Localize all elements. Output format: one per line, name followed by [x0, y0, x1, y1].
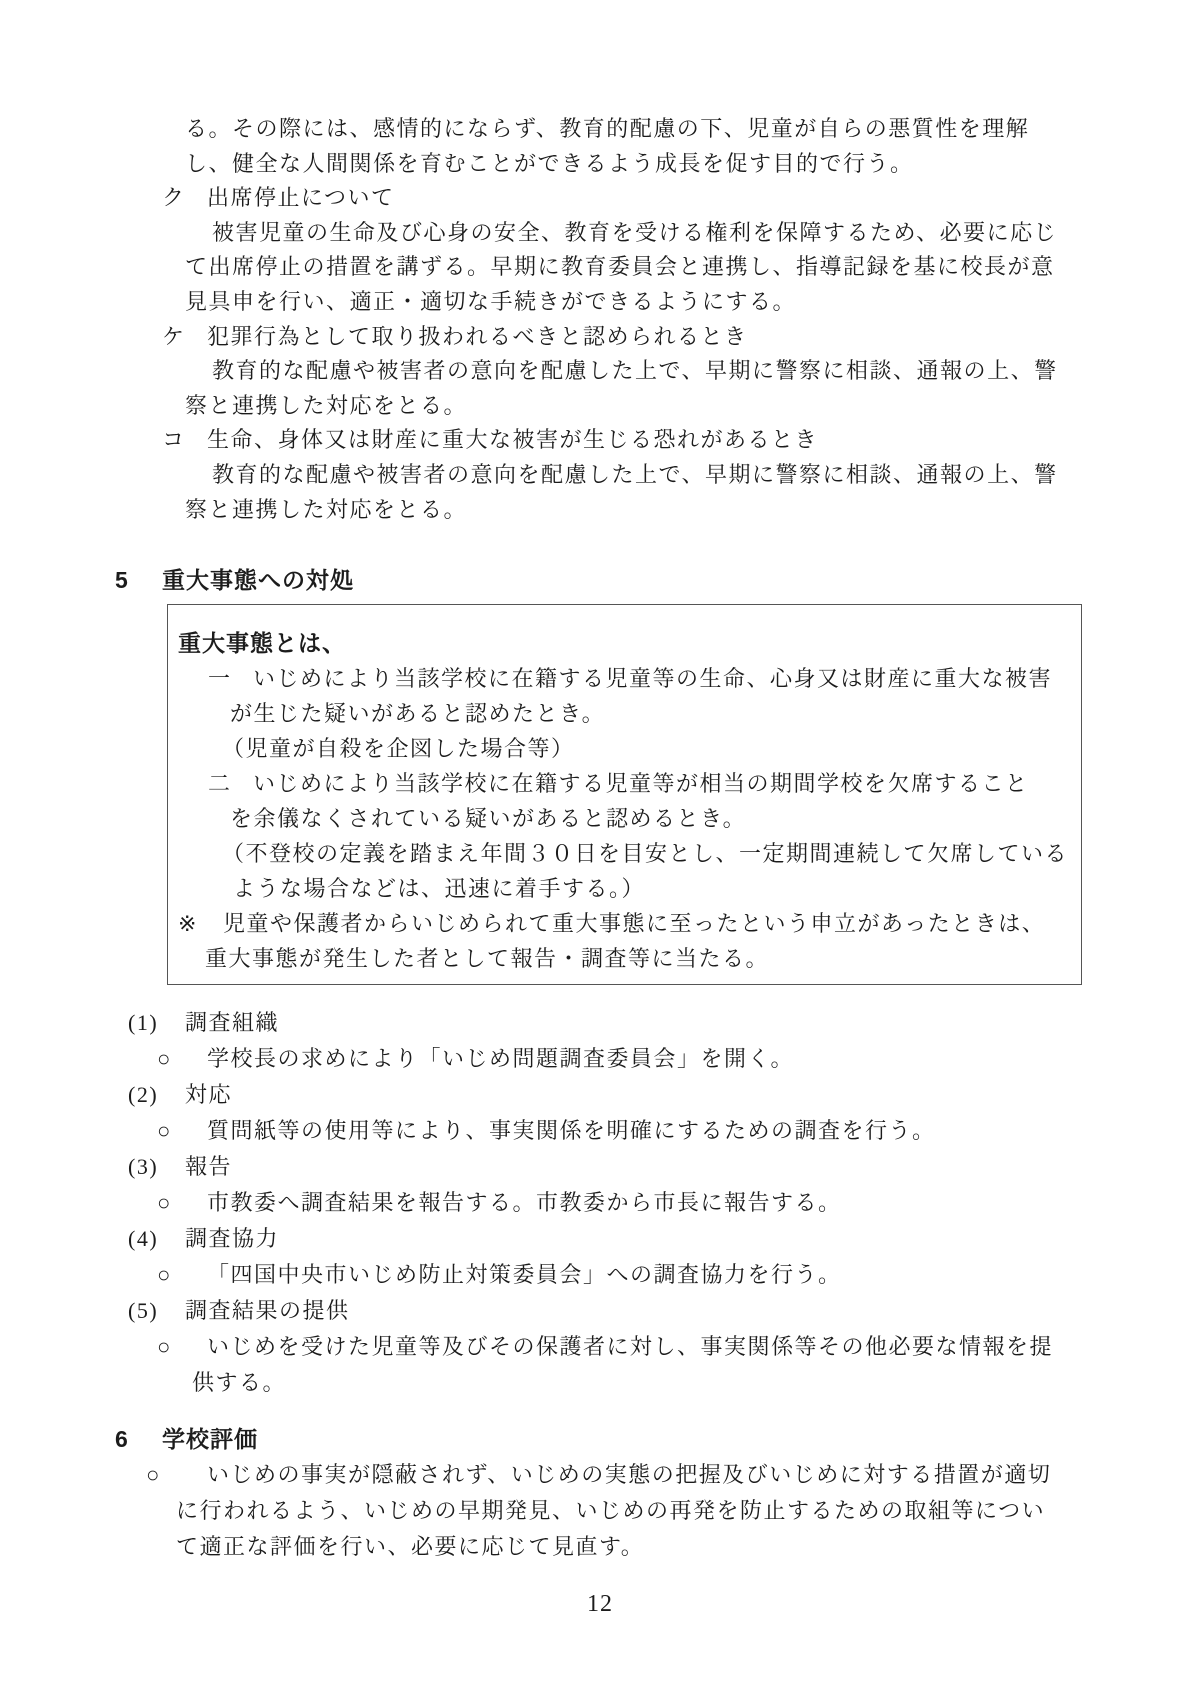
text-line: ような場合などは、迅速に着手する。） — [168, 871, 1081, 906]
step-label: 調査結果の提供 — [185, 1298, 350, 1323]
text-line: いじめにより当該学校に在籍する児童等が相当の期間学校を欠席すること — [253, 771, 1029, 796]
circle-bullet: ○ — [146, 1457, 207, 1493]
section-6-heading: 6学校評価 — [0, 1421, 1200, 1457]
text-line: 「四国中央市いじめ防止対策委員会」への調査協力を行う。 — [207, 1262, 842, 1287]
text-line: 察と連携した対応をとる。 — [0, 493, 1200, 528]
text-line: 察と連携した対応をとる。 — [0, 389, 1200, 424]
text-line: 重大事態が発生した者として報告・調査等に当たる。 — [168, 941, 1081, 976]
step-label: 報告 — [185, 1154, 232, 1179]
text-line: 市教委へ調査結果を報告する。市教委から市長に報告する。 — [207, 1190, 842, 1215]
section-5-heading: 5重大事態への対処 — [0, 563, 1200, 598]
section-6-body-line: ○いじめの事実が隠蔽されず、いじめの実態の把握及びいじめに対する措置が適切 — [0, 1457, 1200, 1493]
item-marker: コ — [162, 423, 207, 458]
text-line: 被害児童の生命及び心身の安全、教育を受ける権利を保障するため、必要に応じ — [0, 216, 1200, 251]
box-item-marker: 一 — [208, 661, 253, 696]
step-5-label-line: (5)調査結果の提供 — [0, 1293, 1200, 1329]
text-line: いじめにより当該学校に在籍する児童等の生命、心身又は財産に重大な被害 — [253, 666, 1052, 691]
step-marker: (3) — [128, 1149, 185, 1185]
step-3-label-line: (3)報告 — [0, 1149, 1200, 1185]
item-title: 生命、身体又は財産に重大な被害が生じる恐れがあるとき — [207, 427, 818, 452]
step-label: 対応 — [185, 1082, 232, 1107]
text-line: 教育的な配慮や被害者の意向を配慮した上で、早期に警察に相談、通報の上、警 — [0, 458, 1200, 493]
section-title: 学校評価 — [162, 1426, 258, 1452]
step-3-body-line: ○市教委へ調査結果を報告する。市教委から市長に報告する。 — [0, 1185, 1200, 1221]
text-line: 質問紙等の使用等により、事実関係を明確にするための調査を行う。 — [207, 1118, 936, 1143]
item-marker: ケ — [162, 320, 207, 355]
text-line: る。その際には、感情的にならず、教育的配慮の下、児童が自らの悪質性を理解 — [0, 112, 1200, 147]
section-number: 5 — [115, 563, 162, 598]
text-line: 児童や保護者からいじめられて重大事態に至ったという申立があったときは、 — [223, 911, 1045, 936]
document-page: る。その際には、感情的にならず、教育的配慮の下、児童が自らの悪質性を理解 し、健… — [0, 0, 1200, 1697]
section-number: 6 — [115, 1421, 162, 1457]
text-line: て出席停止の措置を講ずる。早期に教育委員会と連携し、指導記録を基に校長が意 — [0, 250, 1200, 285]
step-label: 調査組織 — [185, 1010, 279, 1035]
step-4-label-line: (4)調査協力 — [0, 1221, 1200, 1257]
step-2-body-line: ○質問紙等の使用等により、事実関係を明確にするための調査を行う。 — [0, 1113, 1200, 1149]
text-line: を余儀なくされている疑いがあると認めるとき。 — [168, 801, 1081, 836]
text-line: に行われるよう、いじめの早期発見、いじめの再発を防止するための取組等につい — [0, 1493, 1200, 1529]
item-marker: ク — [162, 181, 207, 216]
circle-bullet: ○ — [157, 1113, 207, 1149]
section-5-steps: (1)調査組織 ○学校長の求めにより「いじめ問題調査委員会」を開く。 (2)対応… — [0, 1005, 1200, 1401]
box-remark: ※児童や保護者からいじめられて重大事態に至ったという申立があったときは、 — [168, 906, 1081, 941]
item-ke-title-line: ケ犯罪行為として取り扱われるべきと認められるとき — [0, 320, 1200, 355]
step-1-label-line: (1)調査組織 — [0, 1005, 1200, 1041]
step-marker: (5) — [128, 1293, 185, 1329]
text-line: （不登校の定義を踏まえ年間３０日を目安とし、一定期間連続して欠席している — [168, 836, 1081, 871]
text-line: いじめを受けた児童等及びその保護者に対し、事実関係等その他必要な情報を提 — [207, 1334, 1053, 1359]
section-title: 重大事態への対処 — [162, 567, 354, 593]
step-marker: (2) — [128, 1077, 185, 1113]
step-marker: (1) — [128, 1005, 185, 1041]
circle-bullet: ○ — [157, 1257, 207, 1293]
text-line: 学校長の求めにより「いじめ問題調査委員会」を開く。 — [207, 1046, 794, 1071]
text-line: 教育的な配慮や被害者の意向を配慮した上で、早期に警察に相談、通報の上、警 — [0, 354, 1200, 389]
box-title: 重大事態とは、 — [168, 626, 1081, 661]
text-line: （児童が自殺を企図した場合等） — [168, 731, 1081, 766]
katakana-items-section: る。その際には、感情的にならず、教育的配慮の下、児童が自らの悪質性を理解 し、健… — [0, 112, 1200, 527]
item-title: 出席停止について — [207, 185, 395, 210]
severe-incident-definition-box: 重大事態とは、 一いじめにより当該学校に在籍する児童等の生命、心身又は財産に重大… — [167, 604, 1082, 985]
item-title: 犯罪行為として取り扱われるべきと認められるとき — [207, 324, 748, 349]
item-ko-title-line: コ生命、身体又は財産に重大な被害が生じる恐れがあるとき — [0, 423, 1200, 458]
text-line: し、健全な人間関係を育むことができるよう成長を促す目的で行う。 — [0, 147, 1200, 182]
circle-bullet: ○ — [157, 1041, 207, 1077]
step-5-body-line: ○いじめを受けた児童等及びその保護者に対し、事実関係等その他必要な情報を提 — [0, 1329, 1200, 1365]
box-item-marker: 二 — [208, 766, 253, 801]
item-ku-title-line: ク出席停止について — [0, 181, 1200, 216]
box-item-2: 二いじめにより当該学校に在籍する児童等が相当の期間学校を欠席すること — [168, 766, 1081, 801]
circle-bullet: ○ — [157, 1185, 207, 1221]
text-line: いじめの事実が隠蔽されず、いじめの実態の把握及びいじめに対する措置が適切 — [207, 1462, 1051, 1487]
page-number: 12 — [0, 1591, 1200, 1618]
step-4-body-line: ○「四国中央市いじめ防止対策委員会」への調査協力を行う。 — [0, 1257, 1200, 1293]
step-1-body-line: ○学校長の求めにより「いじめ問題調査委員会」を開く。 — [0, 1041, 1200, 1077]
step-marker: (4) — [128, 1221, 185, 1257]
text-line: 見具申を行い、適正・適切な手続きができるようにする。 — [0, 285, 1200, 320]
text-line: て適正な評価を行い、必要に応じて見直す。 — [0, 1529, 1200, 1565]
text-line: 供する。 — [0, 1365, 1200, 1401]
reference-mark: ※ — [178, 906, 223, 941]
step-2-label-line: (2)対応 — [0, 1077, 1200, 1113]
text-line: が生じた疑いがあると認めたとき。 — [168, 696, 1081, 731]
step-label: 調査協力 — [185, 1226, 279, 1251]
box-item-1: 一いじめにより当該学校に在籍する児童等の生命、心身又は財産に重大な被害 — [168, 661, 1081, 696]
section-6-body: ○いじめの事実が隠蔽されず、いじめの実態の把握及びいじめに対する措置が適切 に行… — [0, 1457, 1200, 1565]
circle-bullet: ○ — [157, 1329, 207, 1365]
